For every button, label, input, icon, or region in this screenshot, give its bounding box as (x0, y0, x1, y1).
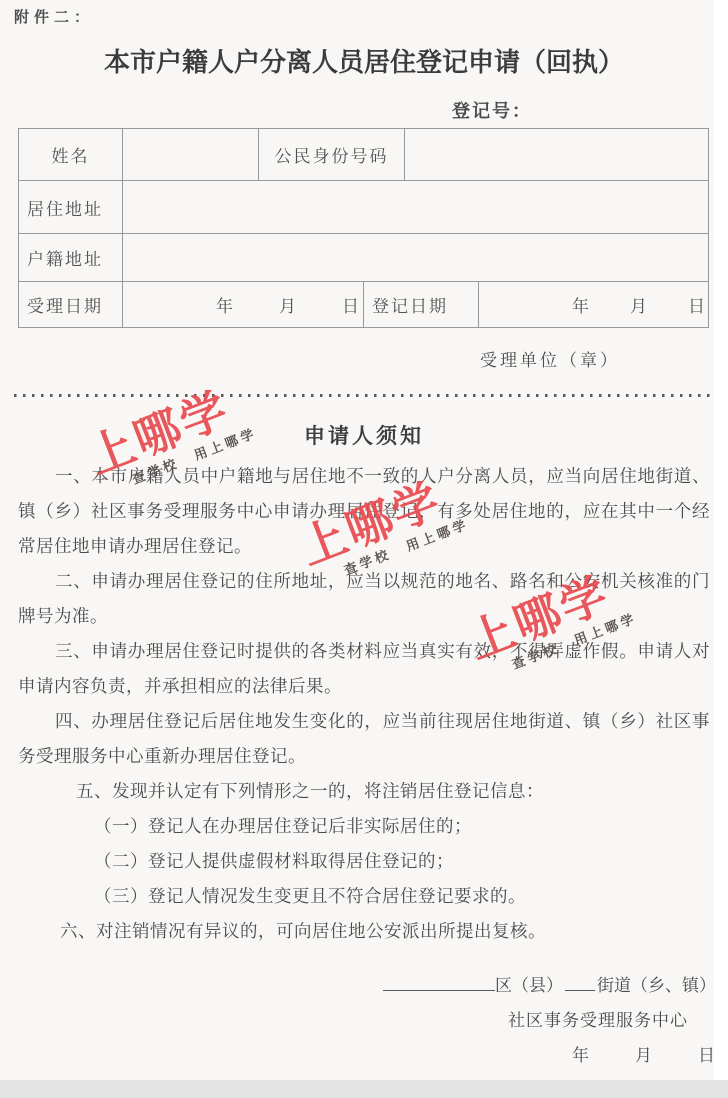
attachment-label: 附件二： (14, 6, 94, 27)
notice-paragraph-6: 六、对注销情况有异议的，可向居住地公安派出所提出复核。 (18, 914, 710, 949)
district-street-line: 区（县）街道（乡、镇） (383, 968, 716, 1003)
notice-item-3: （三）登记人情况发生变更且不符合居住登记要求的。 (18, 879, 710, 914)
notice-item-1: （一）登记人在办理居住登记后非实际居住的； (18, 809, 710, 844)
year-label: 年 (572, 292, 589, 317)
page-title: 本市户籍人户分离人员居住登记申请（回执） (0, 42, 728, 79)
street-label: 街道（乡、镇） (597, 976, 716, 995)
accepting-unit-seal-label: 受理单位（章） (480, 346, 620, 371)
notice-paragraph-2: 二、申请办理居住登记的住所地址，应当以规范的地名、路名和公安机关核准的门牌号为准… (18, 564, 710, 634)
notice-paragraph-4: 四、办理居住登记后居住地发生变化的，应当前往现居住地街道、镇（乡）社区事务受理服… (18, 704, 710, 774)
year-label: 年 (572, 1046, 589, 1065)
dotted-separator (14, 394, 712, 397)
household-address-value-cell (122, 234, 708, 281)
signature-block: 区（县）街道（乡、镇） 社区事务受理服务中心 年月日 (383, 968, 716, 1073)
table-row-dates: 受理日期 年 月 日 登记日期 年 月 日 (19, 281, 708, 327)
id-number-label: 公民身份号码 (258, 129, 404, 180)
name-value-cell (122, 129, 258, 180)
street-blank-line (565, 989, 595, 991)
scan-edge-band (0, 1080, 728, 1098)
id-number-value-cell (404, 129, 708, 180)
district-label: 区（县） (495, 976, 563, 995)
notice-paragraph-1: 一、本市户籍人员中户籍地与居住地不一致的人户分离人员，应当向居住地街道、镇（乡）… (18, 459, 710, 564)
registration-number-label: 登记号： (452, 97, 532, 123)
month-label: 月 (630, 292, 647, 317)
notice-item-2: （二）登记人提供虚假材料取得居住登记的； (18, 844, 710, 879)
table-row-household-address: 户籍地址 (19, 233, 708, 281)
year-label: 年 (216, 292, 233, 317)
registration-form-table: 姓名 公民身份号码 居住地址 户籍地址 受理日期 年 月 日 登记日期 年 月 … (18, 128, 709, 328)
notice-paragraph-5: 五、发现并认定有下列情形之一的，将注销居住登记信息： (18, 774, 710, 809)
residence-address-label: 居住地址 (19, 181, 122, 233)
scan-edge-strip (714, 0, 728, 1098)
table-row-name-id: 姓名 公民身份号码 (19, 129, 708, 180)
household-address-label: 户籍地址 (19, 234, 122, 281)
registration-date-value-cell: 年 月 日 (478, 282, 708, 327)
service-center-line: 社区事务受理服务中心 (383, 1003, 716, 1038)
table-row-residence-address: 居住地址 (19, 180, 708, 233)
notice-paragraph-3: 三、申请办理居住登记时提供的各类材料应当真实有效，不得弄虚作假。申请人对申请内容… (18, 634, 710, 704)
day-label: 日 (342, 292, 359, 317)
registration-date-label: 登记日期 (363, 282, 478, 327)
month-label: 月 (279, 292, 296, 317)
day-label: 日 (688, 292, 705, 317)
notice-heading: 申请人须知 (0, 420, 728, 450)
acceptance-date-value-cell: 年 月 日 (122, 282, 363, 327)
scanned-document-page: 附件二： 本市户籍人户分离人员居住登记申请（回执） 登记号： 姓名 公民身份号码… (0, 0, 728, 1098)
month-label: 月 (635, 1046, 652, 1065)
signature-date-line: 年月日 (383, 1038, 716, 1073)
day-label: 日 (698, 1046, 715, 1065)
district-blank-line (383, 989, 495, 991)
name-label: 姓名 (19, 129, 122, 180)
residence-address-value-cell (122, 181, 708, 233)
acceptance-date-label: 受理日期 (19, 282, 122, 327)
notice-body: 一、本市户籍人员中户籍地与居住地不一致的人户分离人员，应当向居住地街道、镇（乡）… (18, 459, 710, 949)
